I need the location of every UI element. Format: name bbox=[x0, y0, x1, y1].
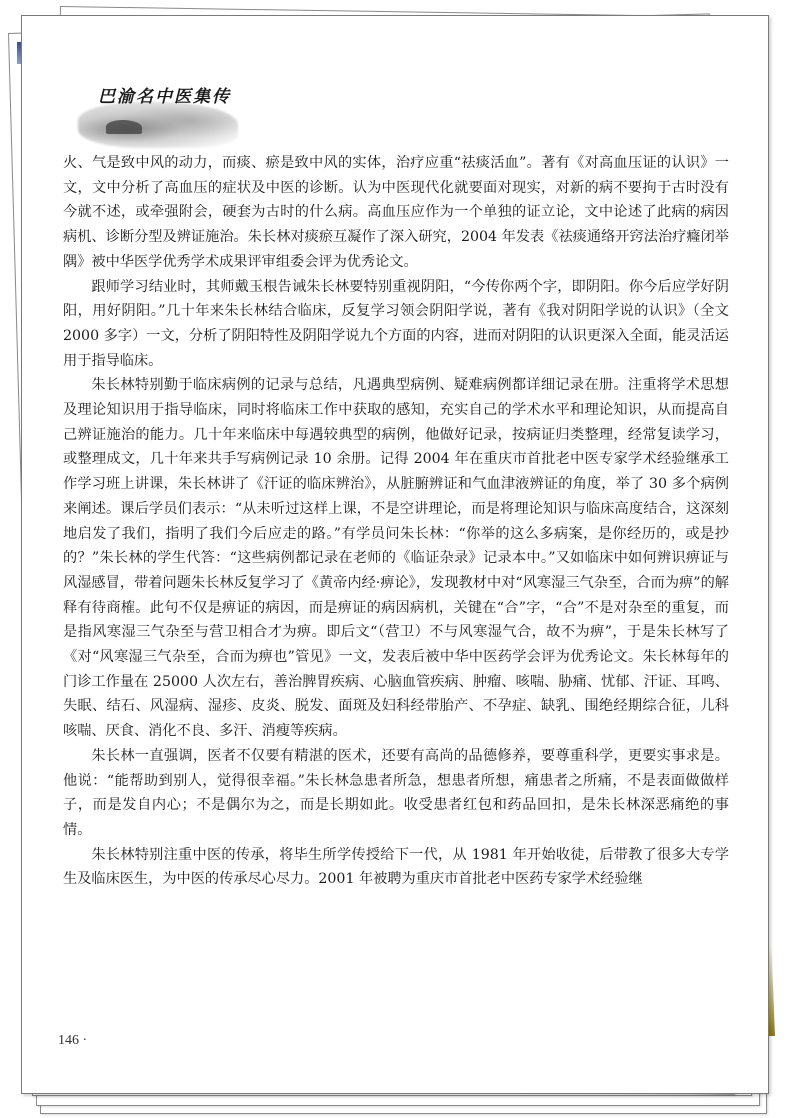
paragraph: 朱长林特别注重中医的传承，将毕生所学传授给下一代，从 1981 年开始收徒，后带… bbox=[63, 843, 729, 892]
ink-hill-image bbox=[106, 120, 142, 134]
header-banner: 巴渝名中医集传 bbox=[78, 76, 238, 154]
paragraph: 跟师学习结业时，其师戴玉根告诫朱长林要特别重视阴阳，“今传你两个字，即阴阳。你今… bbox=[63, 275, 729, 374]
page-number: 146 · bbox=[58, 1033, 87, 1049]
body-text: 火、气是致中风的动力，而痰、瘀是致中风的实体，治疗应重“祛痰活血”。著有《对高血… bbox=[63, 151, 729, 892]
page-edge-gold-strip bbox=[769, 944, 775, 1036]
series-title: 巴渝名中医集传 bbox=[98, 82, 231, 107]
paragraph: 朱长林一直强调，医者不仅要有精湛的医术，还要有高尚的品德修养，要尊重科学，更要实… bbox=[63, 744, 729, 843]
paragraph: 火、气是致中风的动力，而痰、瘀是致中风的实体，治疗应重“祛痰活血”。著有《对高血… bbox=[63, 151, 729, 275]
ink-landscape-image bbox=[78, 102, 238, 148]
paragraph: 朱长林特别勤于临床病例的记录与总结，凡遇典型病例、疑难病例都详细记录在册。注重将… bbox=[63, 373, 729, 744]
